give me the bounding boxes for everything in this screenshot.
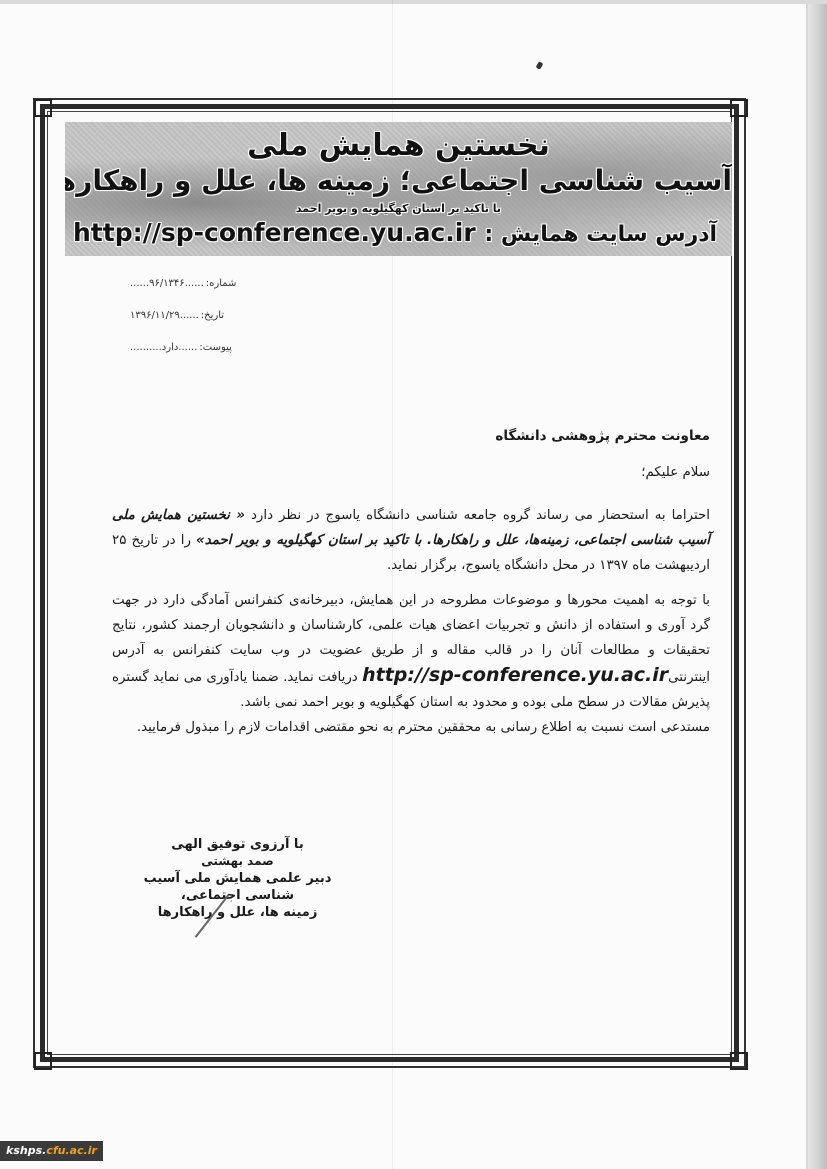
signature-block: با آرزوی توفیق الهی صمد بهشتی دبیر علمی …	[120, 836, 355, 921]
banner-tagline: با تاکید بر استان کهگیلویه و بویر احمد	[65, 202, 732, 215]
signature-closing: با آرزوی توفیق الهی	[120, 836, 355, 853]
letter-attachment-value: ......دارد..........	[130, 342, 197, 353]
letter-body: معاونت محترم پژوهشی دانشگاه سلام علیکم؛ …	[112, 424, 710, 750]
frame-corner-ornament	[34, 99, 52, 117]
letter-date-row: تاریخ:......۱۳۹۶/۱۱/۲۹	[130, 310, 270, 342]
para1-text-start: احتراما به استحضار می رساند گروه جامعه ش…	[251, 508, 710, 523]
watermark-domain: cfu.ac.ir	[46, 1144, 97, 1157]
source-watermark: kshps.cfu.ac.ir	[0, 1141, 103, 1161]
letter-date-value: ......۱۳۹۶/۱۱/۲۹	[130, 310, 199, 321]
letter-attachment-row: پیوست:......دارد..........	[130, 342, 270, 374]
page-edge-line	[806, 0, 808, 1169]
letter-number-value: ......۹۶/۱۳۴۶......	[130, 278, 204, 289]
scan-top-shade	[0, 0, 827, 4]
frame-corner-ornament	[730, 1052, 748, 1070]
conference-website-link[interactable]: http://sp-conference.yu.ac.ir	[362, 664, 668, 686]
signatory-name: صمد بهشتی	[120, 853, 355, 870]
letter-number-label: شماره:	[206, 278, 237, 289]
watermark-prefix: kshps.	[6, 1144, 46, 1157]
signatory-title-line-1: دبیر علمی همایش ملی آسیب شناسی اجتماعی،	[120, 870, 355, 904]
signatory-title-line-2: زمینه ها، علل و راهکارها	[120, 904, 355, 921]
letter-date-label: تاریخ:	[201, 310, 224, 321]
banner-site-url[interactable]: http://sp-conference.yu.ac.ir	[73, 218, 476, 247]
banner-site-label: آدرس سایت همایش :	[484, 222, 717, 247]
conference-banner: نخستین همایش ملی آسیب شناسی اجتماعی؛ زمی…	[65, 122, 732, 256]
letter-paragraph-2: با توجه به اهمیت محورها و موضوعات مطروحه…	[112, 588, 710, 715]
frame-corner-ornament	[730, 99, 748, 117]
frame-corner-ornament	[34, 1052, 52, 1070]
letter-meta: شماره:......۹۶/۱۳۴۶...... تاریخ:......۱۳…	[130, 278, 270, 374]
banner-site-line: http://sp-conference.yu.ac.ir آدرس سایت …	[65, 218, 732, 247]
letter-addressee: معاونت محترم پژوهشی دانشگاه	[112, 424, 710, 449]
scan-edge-shadow	[808, 0, 827, 1169]
letter-attachment-label: پیوست:	[199, 342, 232, 353]
letter-paragraph-3: مستدعی است نسبت به اطلاع رسانی به محققین…	[112, 715, 710, 740]
letter-number-row: شماره:......۹۶/۱۳۴۶......	[130, 278, 270, 310]
letter-greeting: سلام علیکم؛	[112, 460, 710, 485]
banner-title: نخستین همایش ملی	[65, 128, 732, 163]
banner-subtitle: آسیب شناسی اجتماعی؛ زمینه ها، علل و راهک…	[65, 164, 732, 197]
letter-paragraph-1: احتراما به استحضار می رساند گروه جامعه ش…	[112, 503, 710, 578]
